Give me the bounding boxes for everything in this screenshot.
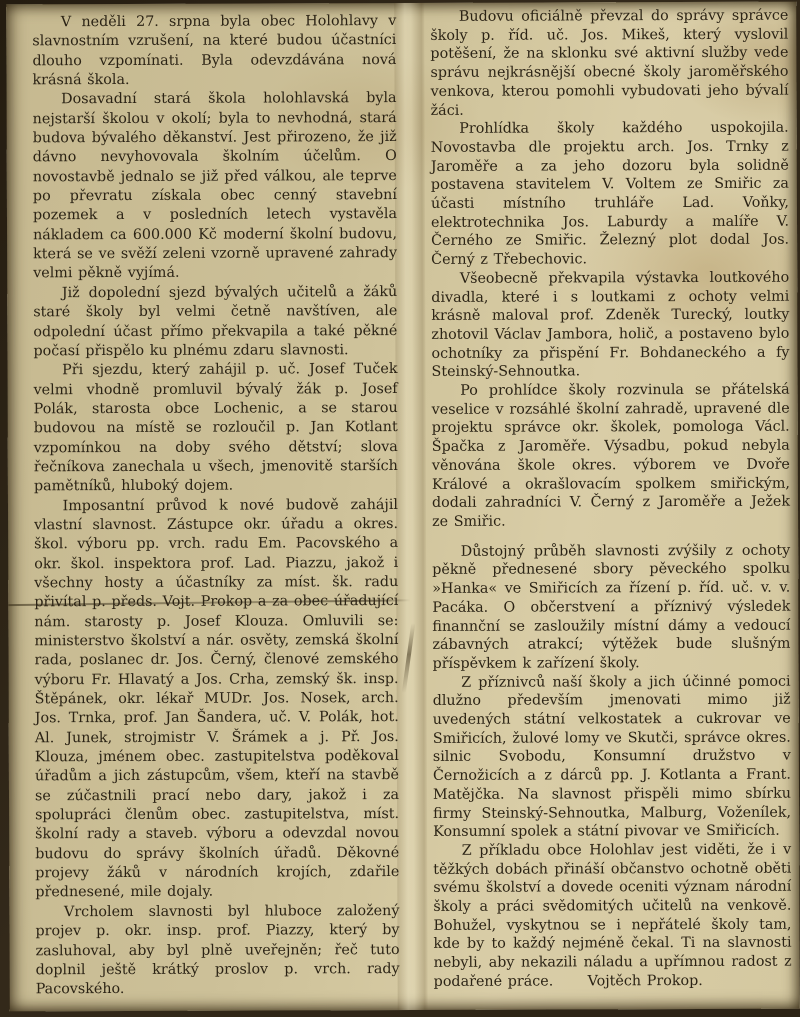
paragraph: Z příznivců naší školy a jich účinné pom…	[433, 672, 792, 842]
paragraph: Dosavadní stará škola holohlavská byla n…	[33, 89, 398, 284]
photo-backdrop: V neděli 27. srpna byla obec Holohlavy v…	[0, 0, 800, 1017]
paragraph: Při sjezdu, který zahájil p. uč. Josef T…	[33, 360, 397, 497]
paragraph: V neděli 27. srpna byla obec Holohlavy v…	[32, 12, 396, 91]
paragraph: Všeobecně překvapila výstavka loutkového…	[431, 268, 789, 381]
newspaper-clipping: V neděli 27. srpna byla obec Holohlavy v…	[6, 2, 800, 1012]
paragraph: Důstojný průběh slavnosti zvýšily z ocho…	[432, 541, 790, 673]
paragraph: Budovu oficiálně převzal do správy správ…	[430, 7, 788, 120]
paragraph: Již dopolední sjezd bývalých učitelů a ž…	[33, 283, 397, 362]
paragraph: Z příkladu obce Holohlav jest viděti, že…	[433, 841, 792, 992]
paragraph: Po prohlídce školy rozvinula se přátelsk…	[432, 381, 791, 532]
column-fold	[394, 3, 428, 1010]
paragraph: Prohlídka školy každého uspokojila. Novo…	[431, 119, 790, 270]
paragraph: Vrcholem slavnosti byl hluboce založený …	[35, 902, 399, 1000]
paragraph: Imposantní průvod k nové budově zahájil …	[34, 496, 399, 903]
left-column: V neděli 27. srpna byla obec Holohlavy v…	[32, 12, 399, 1013]
author-signature: Vojtěch Prokop.	[588, 972, 703, 991]
closing-paragraph-text: Z příkladu obce Holohlav jest viděti, že…	[433, 842, 791, 990]
right-column: Budovu oficiálně převzal do správy správ…	[430, 7, 792, 1012]
